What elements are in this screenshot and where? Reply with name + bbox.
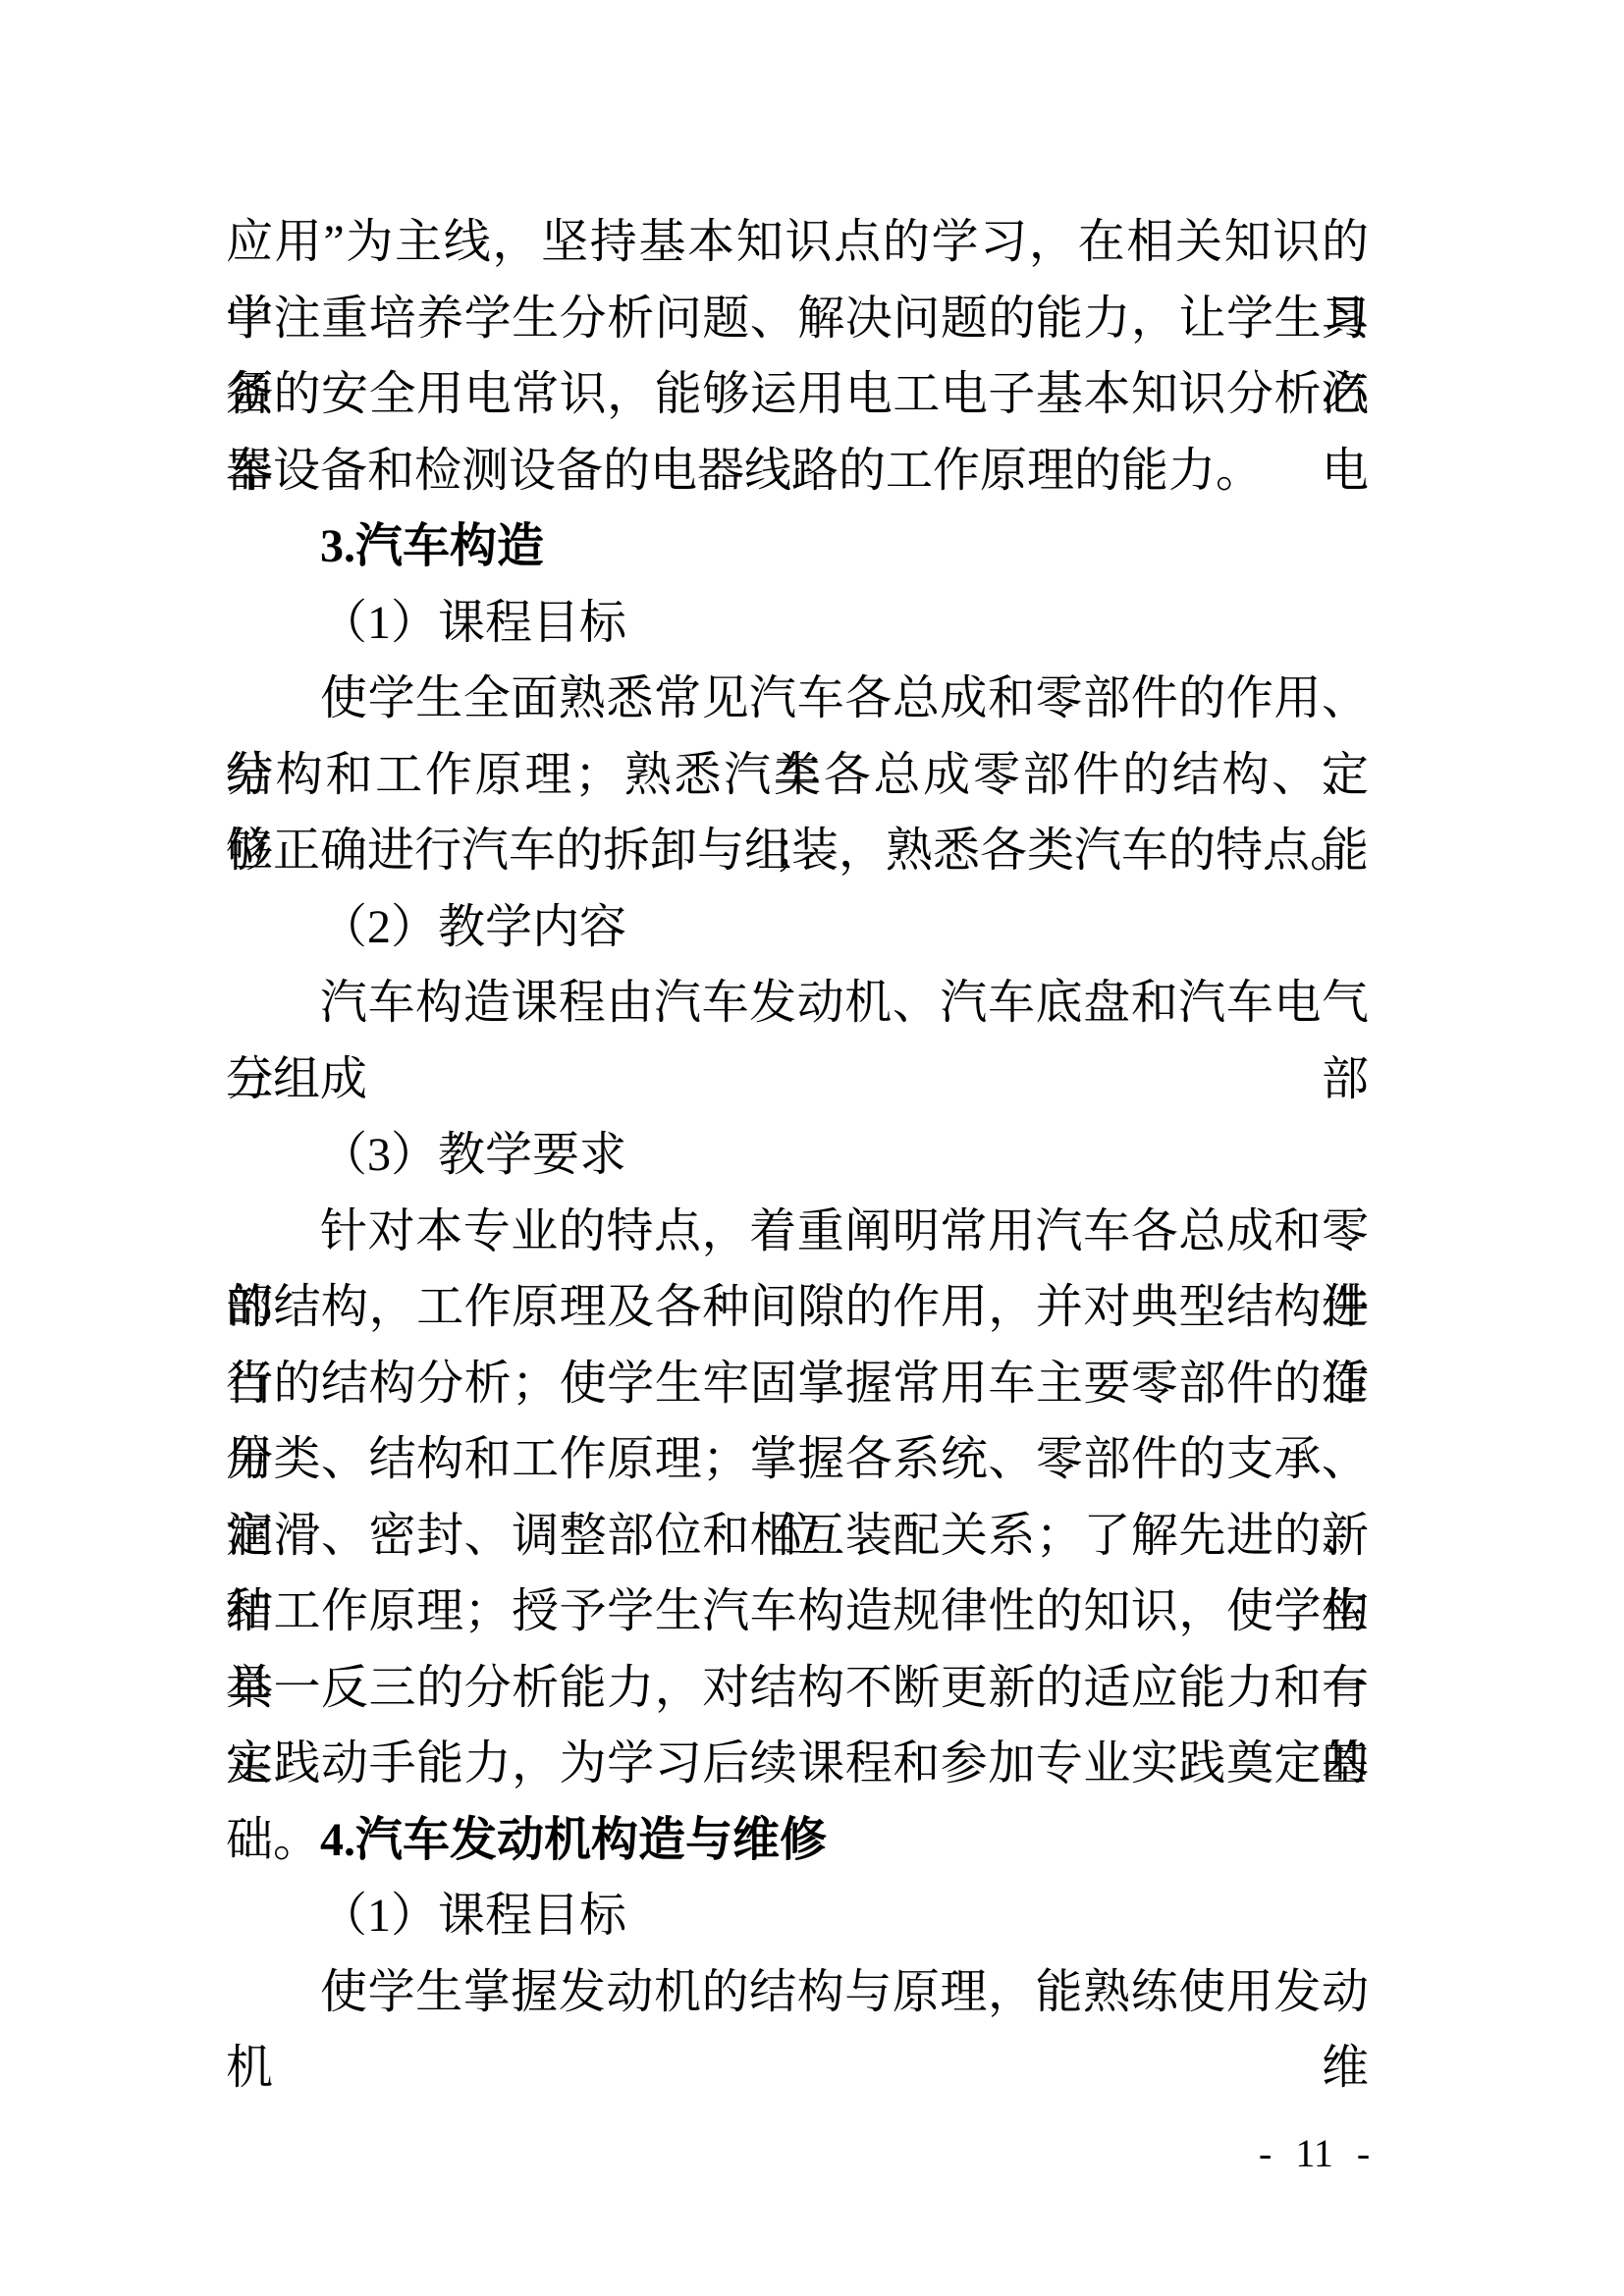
paragraph-line: 够正确进行汽车的拆卸与组装，熟悉各类汽车的特点。	[226, 813, 1369, 889]
paragraph-line: 汽车构造课程由汽车发动机、汽车底盘和汽车电气三部	[226, 965, 1369, 1041]
paragraph-line: 针对本专业的特点，着重阐明常用汽车各总成和零部件	[226, 1194, 1369, 1270]
document-page: 应用”为主线，坚持基本知识点的学习，在相关知识的学习 中注重培养学生分析问题、解…	[0, 0, 1624, 2296]
subsection-label-course-goal: （1）课程目标	[226, 1878, 1369, 1954]
paragraph-line: 举一反三的分析能力，对结构不断更新的适应能力和一定的	[226, 1650, 1369, 1727]
paragraph-line: 分类、结构和工作原理；掌握各系统、零部件的支承、定位、	[226, 1421, 1369, 1498]
paragraph-line: 润滑、密封、调整部位和相互装配关系；了解先进的新结构	[226, 1498, 1369, 1575]
page-number: - 11 -	[1259, 2132, 1370, 2175]
paragraph-line: 中注重培养学生分析问题、解决问题的能力，让学生具备必	[226, 281, 1369, 357]
subsection-label-teaching-content: （2）教学内容	[226, 889, 1369, 966]
paragraph-line: 应用”为主线，坚持基本知识点的学习，在相关知识的学习	[226, 204, 1369, 281]
subsection-label-course-goal: （1）课程目标	[226, 585, 1369, 662]
paragraph-line: 和工作原理；授予学生汽车构造规律性的知识，使学生具有	[226, 1574, 1369, 1650]
subsection-label-teaching-requirements: （3）教学要求	[226, 1117, 1369, 1194]
section-heading-3: 3.汽车构造	[226, 508, 1369, 585]
paragraph-line: 使学生掌握发动机的结构与原理，能熟练使用发动机维	[226, 1954, 1369, 2031]
paragraph-line: 器设备和检测设备的电器线路的工作原理的能力。	[226, 433, 1369, 509]
paragraph-line: 结构和工作原理；熟悉汽车各总成零部件的结构、定位；能	[226, 737, 1369, 814]
paragraph-line: 的结构，工作原理及各种间隙的作用，并对典型结构进行适	[226, 1269, 1369, 1346]
document-body: 应用”为主线，坚持基本知识点的学习，在相关知识的学习 中注重培养学生分析问题、解…	[226, 204, 1369, 2030]
paragraph-line: 须的安全用电常识，能够运用电工电子基本知识分析汽车电	[226, 356, 1369, 433]
paragraph-line: 使学生全面熟悉常见汽车各总成和零部件的作用、分类、	[226, 661, 1369, 737]
paragraph-line: 实践动手能力，为学习后续课程和参加专业实践奠定基础。	[226, 1726, 1369, 1802]
paragraph-line: 当的结构分析；使学生牢固掌握常用车主要零部件的作用、	[226, 1346, 1369, 1422]
section-heading-4: 4.汽车发动机构造与维修	[226, 1802, 1369, 1879]
